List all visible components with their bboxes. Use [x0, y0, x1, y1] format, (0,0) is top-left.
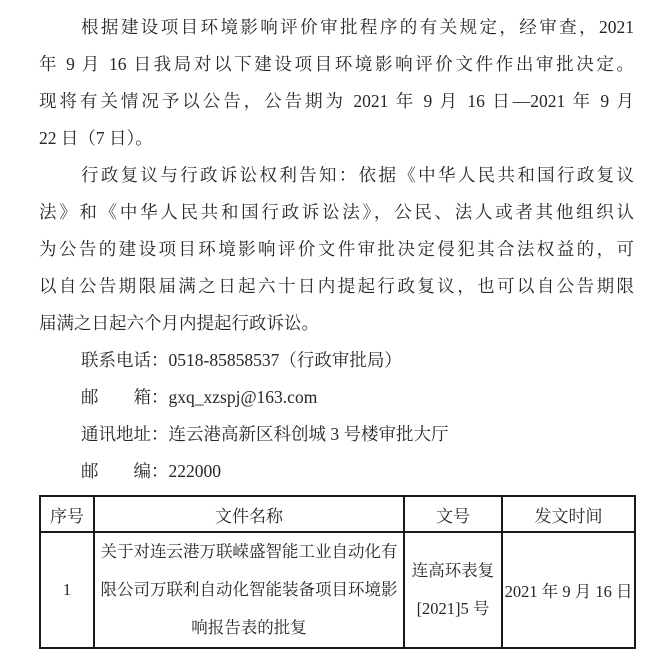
col-header-doc-name: 文件名称 [94, 496, 404, 532]
doc-number-line: 连高环表复 [405, 552, 501, 590]
paragraph-approval-announcement: 根据建设项目环境影响评价审批程序的有关规定，经审查，2021 年 9 月 16 … [39, 9, 634, 157]
contact-postal-code-line: 邮 编：222000 [39, 453, 634, 490]
cell-doc-number: 连高环表复 [2021]5 号 [404, 532, 502, 648]
contact-email-line: 邮 箱：gxq_xzspj@163.com [39, 379, 634, 416]
text-line: 现将有关情况予以公告，公告期为 2021 年 9 月 16 日—2021 年 9… [39, 83, 634, 120]
contact-address-line: 通讯地址：连云港高新区科创城 3 号楼审批大厅 [39, 416, 634, 453]
contact-phone-line: 联系电话：0518-85858537（行政审批局） [39, 342, 634, 379]
cell-seq: 1 [40, 532, 94, 648]
text-line: 法》和《中华人民共和国行政诉讼法》，公民、法人或者其他组织认 [39, 194, 634, 231]
text-line: 届满之日起六个月内提起行政诉讼。 [39, 305, 634, 342]
paragraph-legal-rights-notice: 行政复议与行政诉讼权利告知：依据《中华人民共和国行政复议 法》和《中华人民共和国… [39, 157, 634, 342]
text-line: 22 日（7 日）。 [39, 120, 634, 157]
doc-number-line: [2021]5 号 [405, 590, 501, 628]
doc-title-line: 限公司万联利自动化智能装备项目环境影 [95, 571, 403, 609]
cell-doc-name: 关于对连云港万联嵘盛智能工业自动化有 限公司万联利自动化智能装备项目环境影 响报… [94, 532, 404, 648]
text-line: 年 9 月 16 日我局对以下建设项目环境影响评价文件作出审批决定。 [39, 46, 634, 83]
announcement-document: 根据建设项目环境影响评价审批程序的有关规定，经审查，2021 年 9 月 16 … [0, 0, 672, 659]
table-row: 1 关于对连云港万联嵘盛智能工业自动化有 限公司万联利自动化智能装备项目环境影 … [40, 532, 635, 648]
cell-issue-date: 2021 年 9 月 16 日 [502, 532, 635, 648]
text-line: 根据建设项目环境影响评价审批程序的有关规定，经审查，2021 [39, 9, 634, 46]
doc-title-line: 响报告表的批复 [95, 609, 403, 647]
text-line: 以自公告期限届满之日起六十日内提起行政复议，也可以自公告期限 [39, 268, 634, 305]
text-line: 行政复议与行政诉讼权利告知：依据《中华人民共和国行政复议 [39, 157, 634, 194]
col-header-issue-date: 发文时间 [502, 496, 635, 532]
doc-title-line: 关于对连云港万联嵘盛智能工业自动化有 [95, 533, 403, 571]
contact-info-block: 联系电话：0518-85858537（行政审批局） 邮 箱：gxq_xzspj@… [39, 342, 634, 490]
col-header-doc-number: 文号 [404, 496, 502, 532]
documents-table: 序号 文件名称 文号 发文时间 1 关于对连云港万联嵘盛智能工业自动化有 限公司… [39, 495, 636, 649]
table-header-row: 序号 文件名称 文号 发文时间 [40, 496, 635, 532]
col-header-seq: 序号 [40, 496, 94, 532]
text-line: 为公告的建设项目环境影响评价文件审批决定侵犯其合法权益的，可 [39, 231, 634, 268]
